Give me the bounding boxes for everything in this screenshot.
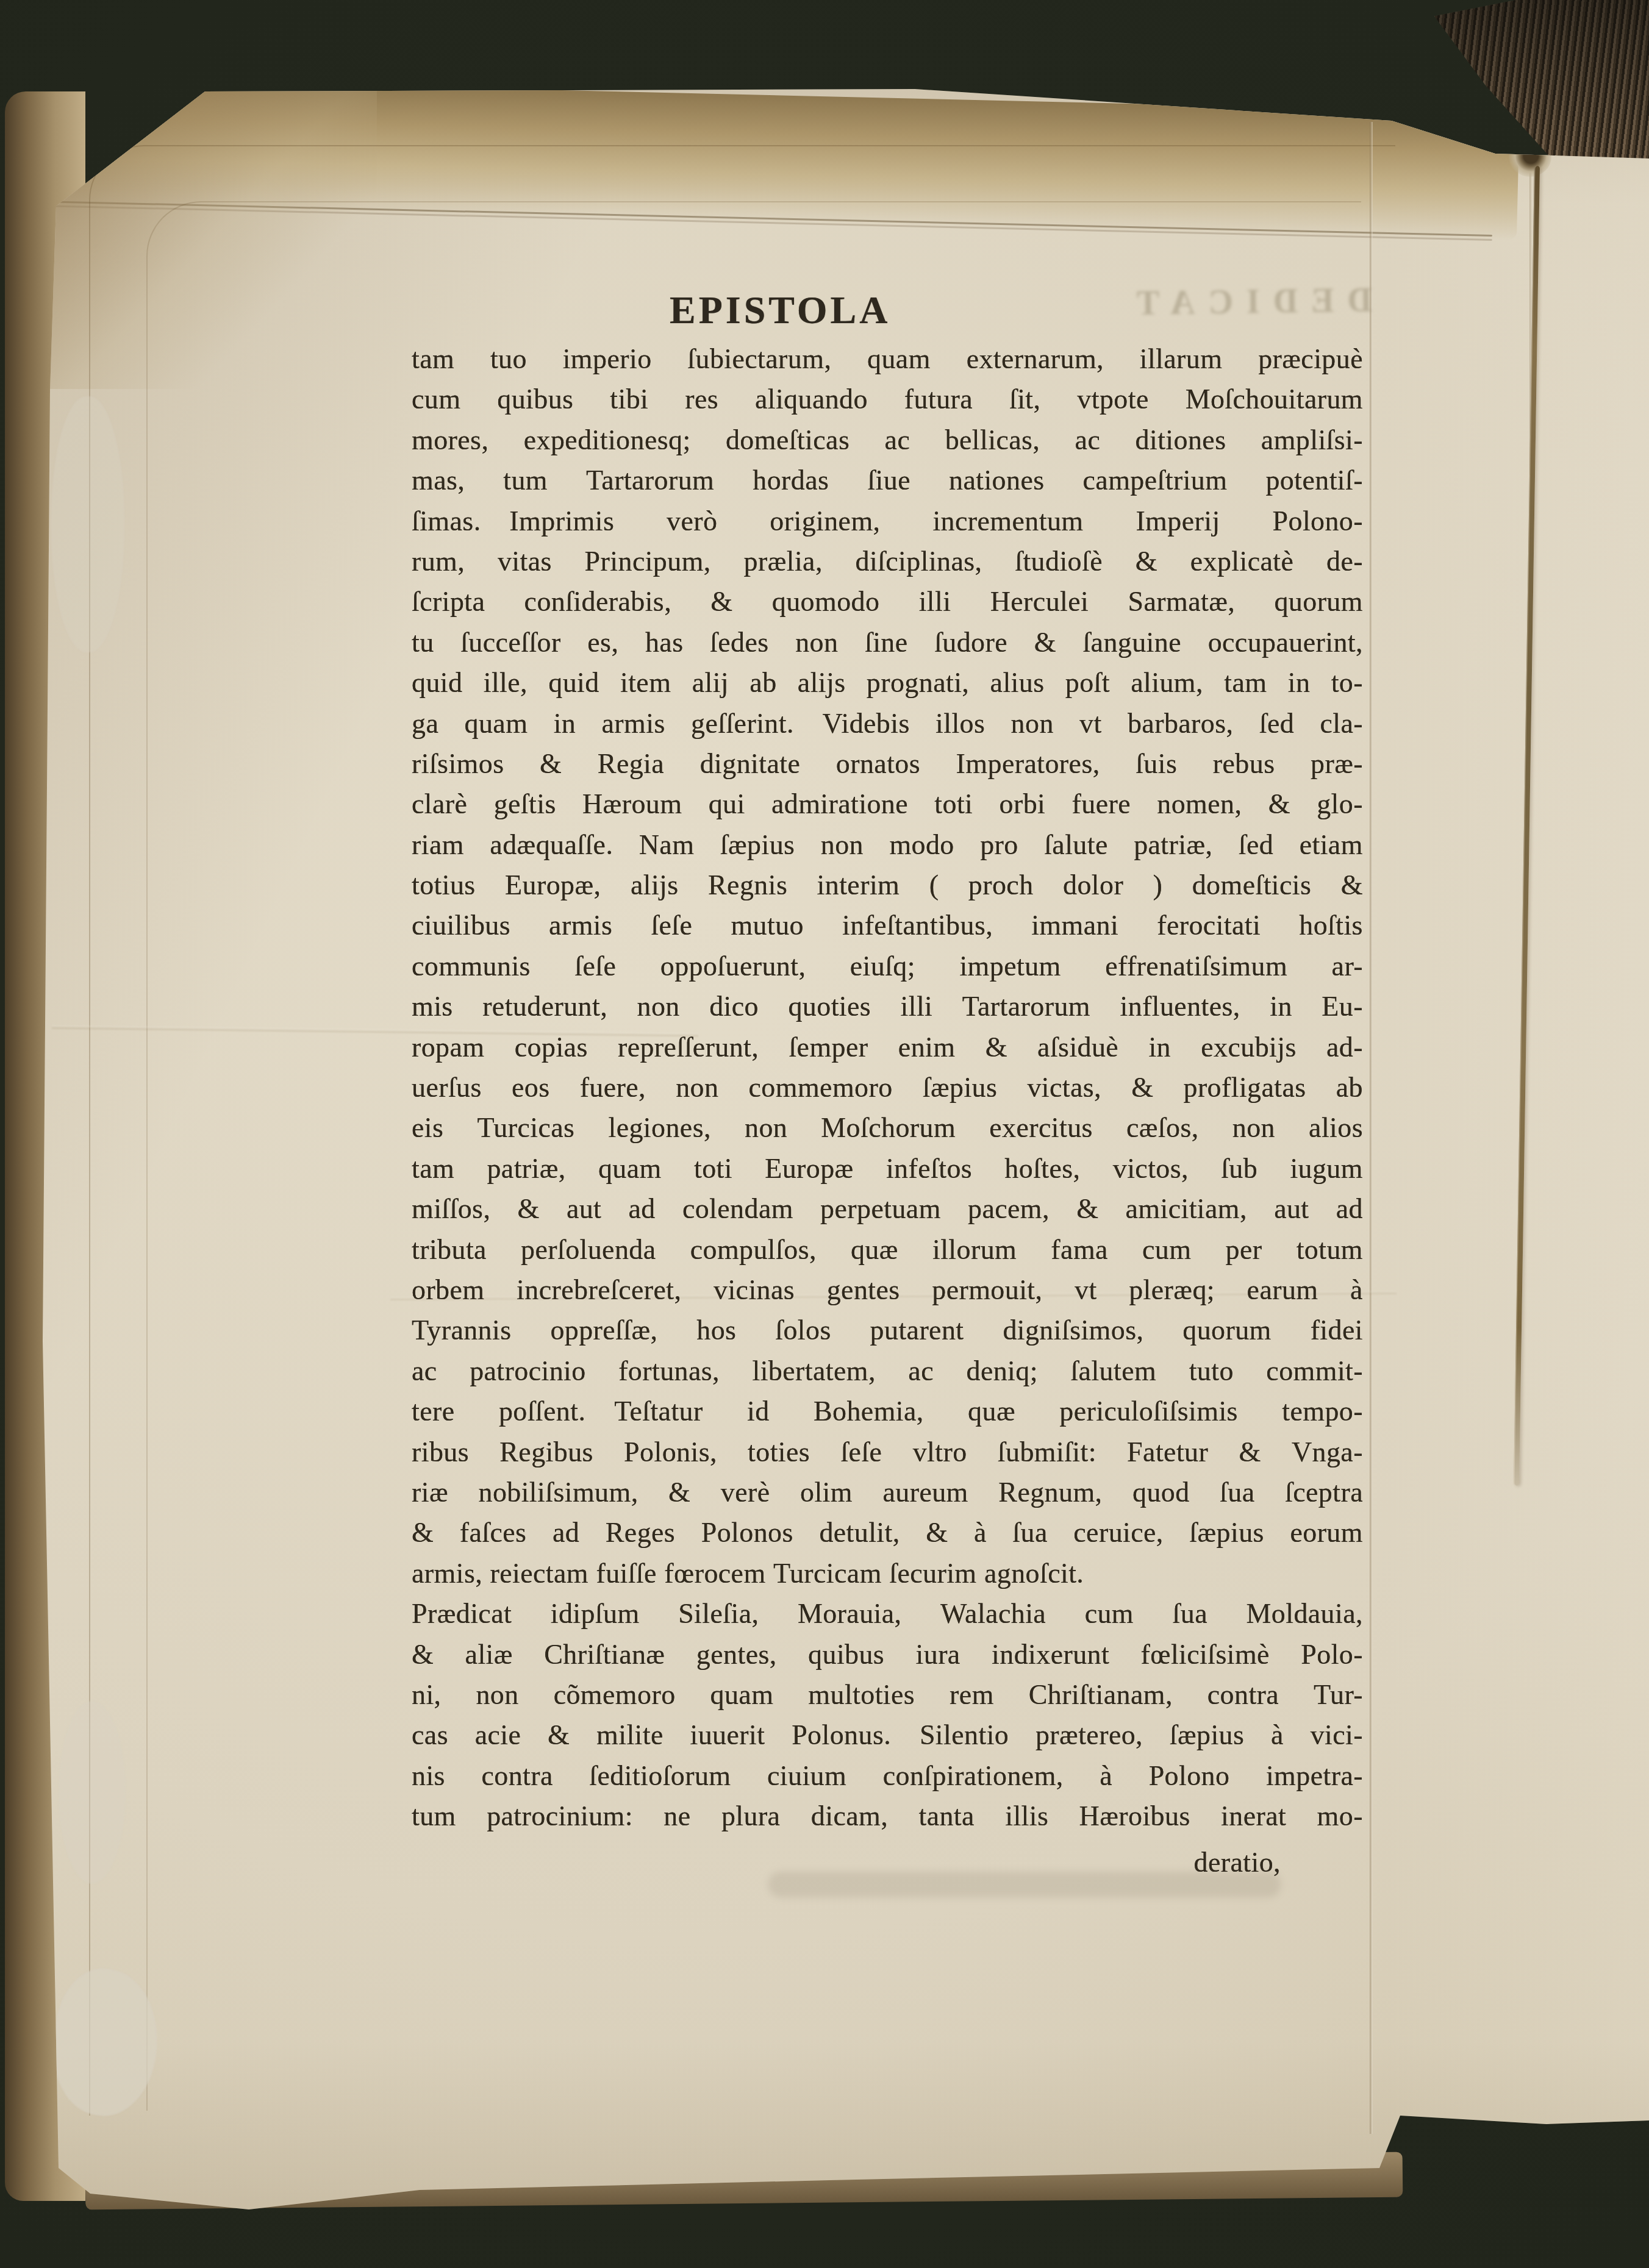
word: ga [412,704,438,744]
word: alij [692,663,729,703]
word: alijs [631,865,679,905]
word: ſæpius [923,1068,998,1108]
catchword: deratio, [976,1846,1281,1878]
word: verè [721,1472,770,1513]
word: & [1341,865,1363,905]
word: Moldauia, [1247,1594,1363,1634]
word: reiectam [490,1553,589,1594]
word: Sileſia, [678,1594,759,1634]
word: futura [904,379,973,419]
word: armis [549,905,612,946]
word: Reges [606,1513,675,1553]
word: ad [628,1189,655,1229]
word: Polono- [1273,501,1363,541]
word: Imperatores, [956,744,1100,784]
word: domeſticis [1192,865,1312,905]
word: ac [1075,420,1101,460]
word: dicam, [811,1796,888,1836]
word: dignitate [700,744,801,784]
word: excubijs [1201,1027,1297,1068]
word: Morauia, [798,1594,902,1634]
word: ſceptra [1285,1472,1363,1513]
word: quorum [1182,1310,1272,1350]
word: præ- [1311,744,1363,784]
word: à [1350,1270,1363,1310]
word: non [1232,1108,1275,1148]
word: ſolos [775,1310,831,1350]
word: Hæroum [582,784,682,824]
word: ab [749,663,776,703]
word: Turcicam [773,1553,882,1594]
word: interim [817,865,900,905]
text-line: misretuderunt,nondicoquotiesilliTartaror… [412,986,1363,1027]
word: has [645,622,684,663]
word: rum, [412,541,465,582]
word: ſine [865,622,908,663]
word: illos [935,704,985,744]
word: Fatetur [1127,1432,1208,1472]
word: es, [587,622,618,663]
word: amicitiam, [1126,1189,1247,1229]
word: legiones, [608,1108,710,1148]
word: aliæ [465,1635,513,1675]
word: commit- [1266,1351,1363,1391]
word: Tyrannis [412,1310,512,1350]
word: tum [503,460,548,501]
word: prætereo, [1036,1715,1143,1755]
word: milite [596,1715,664,1755]
word: geſtis [494,784,556,824]
text-line: tamtuoimperioſubiectarum,quamexternarum,… [412,339,1363,379]
word: Tur- [1314,1675,1363,1715]
word: totius [412,865,476,905]
word: ciuium [767,1756,846,1796]
word: Prædicat [412,1594,512,1634]
word: Polo- [1301,1635,1363,1675]
word: ſua [1173,1594,1207,1634]
word: ornatos [836,744,920,784]
word: clarè [412,784,467,824]
text-line: riænobiliſsimum,&verèolimaureumRegnum,qu… [412,1472,1363,1513]
text-line: tuſucceſſores,hasſedesnonſineſudore&ſang… [412,622,1363,663]
word: ſua [1012,1513,1047,1553]
word: ropam [412,1027,485,1068]
word: quibus [497,379,573,419]
text-line: &faſcesadRegesPolonosdetulit,&àſuaceruic… [412,1513,1363,1553]
word: in [1270,986,1292,1027]
word: orbem [412,1270,485,1310]
word: incrementum [932,501,1083,541]
word: ſua [1220,1472,1254,1513]
word: Polonos [701,1513,793,1553]
word: fortunas, [618,1351,720,1391]
word: ille, [484,663,528,703]
text-line: ribusRegibusPolonis,totiesſeſevltroſubmi… [412,1432,1363,1472]
word: tanta [918,1796,974,1836]
word: tam [412,339,454,379]
text-line: PrædicatidipſumSileſia,Morauia,Walachiac… [412,1594,1363,1634]
word: fidei [1311,1310,1363,1350]
word: faſces [460,1513,527,1553]
word: Tartarorum [586,460,714,501]
word: ſæpius [720,825,795,865]
word: permouit, [932,1270,1042,1310]
word: Eu- [1322,986,1363,1027]
word: eis [412,1108,443,1148]
photo-backdrop: DEDICAT EPISTOLA tamtuoimperioſubiectaru… [0,0,1649,2268]
word: armis [602,704,665,744]
word: toti [934,784,973,824]
text-line: rum,vitasPrincipum,prælia,diſciplinas,ſt… [412,541,1363,582]
word: imperio [563,339,652,379]
word: Europæ [765,1149,854,1189]
word: & [1136,541,1157,582]
word: Tartarorum [962,986,1090,1027]
word: quam [465,704,528,744]
word: cum [412,379,460,419]
word: & [412,1513,434,1553]
word: Regnum, [998,1472,1102,1513]
word: dolor [1063,865,1123,905]
word: qui [709,784,745,824]
word: riam [412,825,464,865]
word: digniſsimos, [1003,1310,1143,1350]
word: victas, [1027,1068,1101,1108]
word: non [476,1675,518,1715]
word: ſudore [934,622,1007,663]
word: ( [929,865,939,905]
word: patriæ, [1134,825,1212,865]
word: iura [916,1635,960,1675]
word: perpetuam [820,1189,941,1229]
word: earum [1247,1270,1318,1310]
word: alius [990,663,1045,703]
word: externarum, [967,339,1104,379]
word: quam [867,339,931,379]
word: Chriſtianam, [1029,1675,1173,1715]
word: ſubiectarum, [687,339,831,379]
word: fama [1051,1230,1108,1270]
word: item [620,663,671,703]
word: ampliſsi- [1261,420,1363,460]
word: Turcicas [477,1108,574,1148]
word: ne [664,1796,690,1836]
word: ar- [1332,946,1363,986]
word: ſtudioſè [1015,541,1103,582]
text-line: casacie&militeiuueritPolonus. Silentiopr… [412,1715,1363,1755]
word: Regibus [499,1432,593,1472]
word: conſpirationem, [883,1756,1064,1796]
word: iuuerit [690,1715,765,1755]
word: verò [667,501,717,541]
text-line: tumpatrocinium:nepluradicam,tantaillisHæ… [412,1796,1363,1836]
text-line: mas,tumTartarorumhordasſiuenationescampe… [412,460,1363,501]
word: & [540,744,562,784]
word: & [926,1513,948,1553]
word: ſalute [1044,825,1108,865]
word: fuere, [580,1068,646,1108]
word: ceruice, [1073,1513,1163,1553]
word: prælia, [744,541,823,582]
word: Walachia [940,1594,1046,1634]
word: Regnis [708,865,787,905]
word: totum [1297,1230,1363,1270]
word: ſucceſſor [460,622,561,663]
word: colendam [682,1189,793,1229]
word: deniq; [967,1351,1038,1391]
word: illis [1005,1796,1048,1836]
word: ) [1153,865,1163,905]
word: modo [889,825,954,865]
word: quomodo [772,582,880,622]
word: alios [1309,1108,1363,1148]
word: ſeſe [574,946,616,986]
word: cum [1142,1230,1191,1270]
word: quid [412,663,462,703]
word: à [1100,1756,1112,1796]
word: quibus [808,1635,884,1675]
word: non [676,1068,718,1108]
text-line: &aliæChriſtianægentes,quibusiuraindixeru… [412,1635,1363,1675]
word: orbi [1000,784,1046,824]
word: agnoſcit. [984,1553,1084,1594]
word: ſub [1221,1149,1257,1189]
word: vtpote [1077,379,1148,419]
word: pacem, [968,1189,1050,1229]
word: ſiue [867,460,910,501]
word: nomen, [1157,784,1242,824]
word: detulit, [819,1513,900,1553]
word: pleræq; [1129,1270,1215,1310]
word: aliquando [755,379,868,419]
word: toti [694,1149,732,1189]
word: admiratione [771,784,908,824]
book-page: DEDICAT EPISTOLA tamtuoimperioſubiectaru… [0,0,1649,2268]
word: Moſchorum [821,1108,956,1148]
word: infeſtos [886,1149,972,1189]
word: mores, [412,420,488,460]
word: Hæroibus [1079,1796,1190,1836]
word: Sarmatæ, [1128,582,1235,622]
word: cæſos, [1126,1108,1199,1148]
word: ab [1336,1068,1363,1108]
word: occupauerint, [1208,622,1363,663]
word: ciuilibus [412,905,510,946]
text-line: ropamcopiasrepreſſerunt,ſemperenim&aſsid… [412,1027,1363,1068]
word: multoties [808,1675,915,1715]
word: Polonus. Silentio [792,1715,1009,1755]
word: tibi [610,379,648,419]
word: domeſticas [726,420,850,460]
text-line: Tyrannisoppreſſæ,hosſolosputarentdigniſs… [412,1310,1363,1350]
word: poſſent. Teſtatur [499,1391,703,1432]
word: vicinas [714,1270,795,1310]
word: ſæpius [1170,1715,1245,1755]
word: & [1131,1068,1153,1108]
word: exercitus [989,1108,1093,1148]
word: compulſos, [690,1230,817,1270]
word: ſit, [1009,379,1040,419]
word: perſoluenda [521,1230,656,1270]
word: cõmemoro [554,1675,676,1715]
text-line: totiusEuropæ,alijsRegnisinterim(prochdol… [412,865,1363,905]
word: iugum [1290,1149,1363,1189]
word: idipſum [551,1594,640,1634]
word: oppoſuerunt, [660,946,806,986]
word: putarent [870,1310,964,1350]
word: per [1226,1230,1262,1270]
word: illi [919,582,951,622]
word: ac [885,420,910,460]
word: Regia [598,744,664,784]
word: Polonis, [624,1432,717,1472]
torn-paper-bit [59,1701,126,1884]
word: vt [1075,1270,1097,1310]
word: riſsimos [412,744,504,784]
text-line: riſsimos&RegiadignitateornatosImperatore… [412,744,1363,784]
word: tuo [490,339,527,379]
word: hoſtis [1299,905,1363,946]
text-line: communisſeſeoppoſuerunt,eiuſq;impetumeff… [412,946,1363,986]
word: glo- [1317,784,1363,824]
text-line: ſcriptaconſiderabis,&quomodoilliHerculei… [412,582,1363,622]
text-line: niscontraſeditioſorumciuiumconſpiratione… [412,1756,1363,1796]
word: explicatè [1190,541,1294,582]
word: & [1034,622,1056,663]
word: commemoro [749,1068,893,1108]
word: ſedes [710,622,769,663]
word: originem, [770,501,880,541]
word: impetra- [1266,1756,1363,1796]
word: tuto [1189,1351,1234,1391]
word: ſeſe [840,1432,882,1472]
text-line: ciuilibusarmisſeſemutuoinfeſtantibus,imm… [412,905,1363,946]
word: Vnga- [1292,1432,1363,1472]
word: patrocinium: [487,1796,633,1836]
word: quam [598,1149,662,1189]
word: riæ [412,1472,448,1513]
word: ribus [412,1432,469,1472]
word: indixerunt [992,1635,1109,1675]
word: ad- [1326,1027,1363,1068]
word: fuere [1072,784,1131,824]
word: ſalutem [1070,1351,1156,1391]
word: Herculei [990,582,1089,622]
word: illi [901,986,933,1027]
word: communis [412,946,531,986]
text-line: miſſos,&autadcolendamperpetuampacem,&ami… [412,1189,1363,1229]
word: bellicas, [945,420,1040,460]
word: proch [968,865,1034,905]
word: pro [980,825,1018,865]
word: tum [412,1796,456,1836]
word: tempo- [1282,1391,1363,1432]
word: Polono [1149,1756,1230,1796]
word: copias [515,1027,588,1068]
word: libertatem, [752,1351,875,1391]
word: ſimas. Imprimis [412,501,614,541]
word: non [1011,704,1054,744]
word: illorum [932,1230,1017,1270]
word: id [747,1391,770,1432]
word: contra [481,1756,553,1796]
word: tributa [412,1230,487,1270]
word: olim [800,1472,853,1513]
word: rebus [1213,744,1275,784]
word: quid [548,663,599,703]
word: ad [553,1513,579,1553]
word: alium, [1131,663,1203,703]
word: campeſtrium [1083,460,1228,501]
word: Imperij [1136,501,1220,541]
word: cum [1085,1594,1134,1634]
word: gentes [827,1270,900,1310]
text-line: clarègeſtisHæroumquiadmirationetotiorbif… [412,784,1363,824]
word: non [745,1108,787,1148]
word: non [795,622,838,663]
word: acie [475,1715,521,1755]
word: Moſchouitarum [1186,379,1363,419]
word: ferocitati [1157,905,1261,946]
word: tam [1224,663,1267,703]
word: mis [412,986,453,1027]
word: uerſus [412,1068,482,1108]
word: plura [721,1796,781,1836]
word: geſſerint. Videbis [691,704,910,744]
word: fuiſſe [596,1553,656,1594]
word: profligatas [1184,1068,1306,1108]
word: eiuſq; [850,946,915,986]
word: impetum [959,946,1061,986]
word: oppreſſæ, [550,1310,657,1350]
text-line: acpatrociniofortunas,libertatem,acdeniq;… [412,1351,1363,1391]
word: ſecurim [889,1553,976,1594]
word: hos [696,1310,736,1350]
word: & [668,1472,690,1513]
torn-paper-bit [51,396,124,652]
word: vitas [498,541,552,582]
word: non [821,825,864,865]
word: à [974,1513,987,1553]
word: in [1288,663,1311,703]
word: eos [512,1068,550,1108]
word: vltro [913,1432,967,1472]
word: de- [1326,541,1363,582]
word: & [548,1715,570,1755]
word: ſubmiſit: [998,1432,1096,1472]
text-line: uerſuseosfuere,noncommemoroſæpiusvictas,… [412,1068,1363,1108]
word: tere [412,1391,455,1432]
word: fœrocem [664,1553,765,1594]
word: ſuis [1136,744,1177,784]
word: & [1239,1432,1261,1472]
word: nobiliſsimum, [478,1472,638,1513]
word: & [1268,784,1290,824]
word: gentes, [696,1635,777,1675]
word: barbaros, [1128,704,1233,744]
text-line: riamadæquaſſe.Namſæpiusnonmodoproſalutep… [412,825,1363,865]
word: quæ [968,1391,1015,1432]
word: res [685,379,718,419]
word: armis, [412,1553,482,1594]
word: enim [898,1027,956,1068]
word: ſcripta [412,582,485,622]
word: ſeditioſorum [589,1756,731,1796]
word: contra [1207,1675,1279,1715]
word: etiam [1300,825,1363,865]
text-line: terepoſſent. TeſtaturidBohemia,quæpericu… [412,1391,1363,1432]
word: toties [748,1432,810,1472]
